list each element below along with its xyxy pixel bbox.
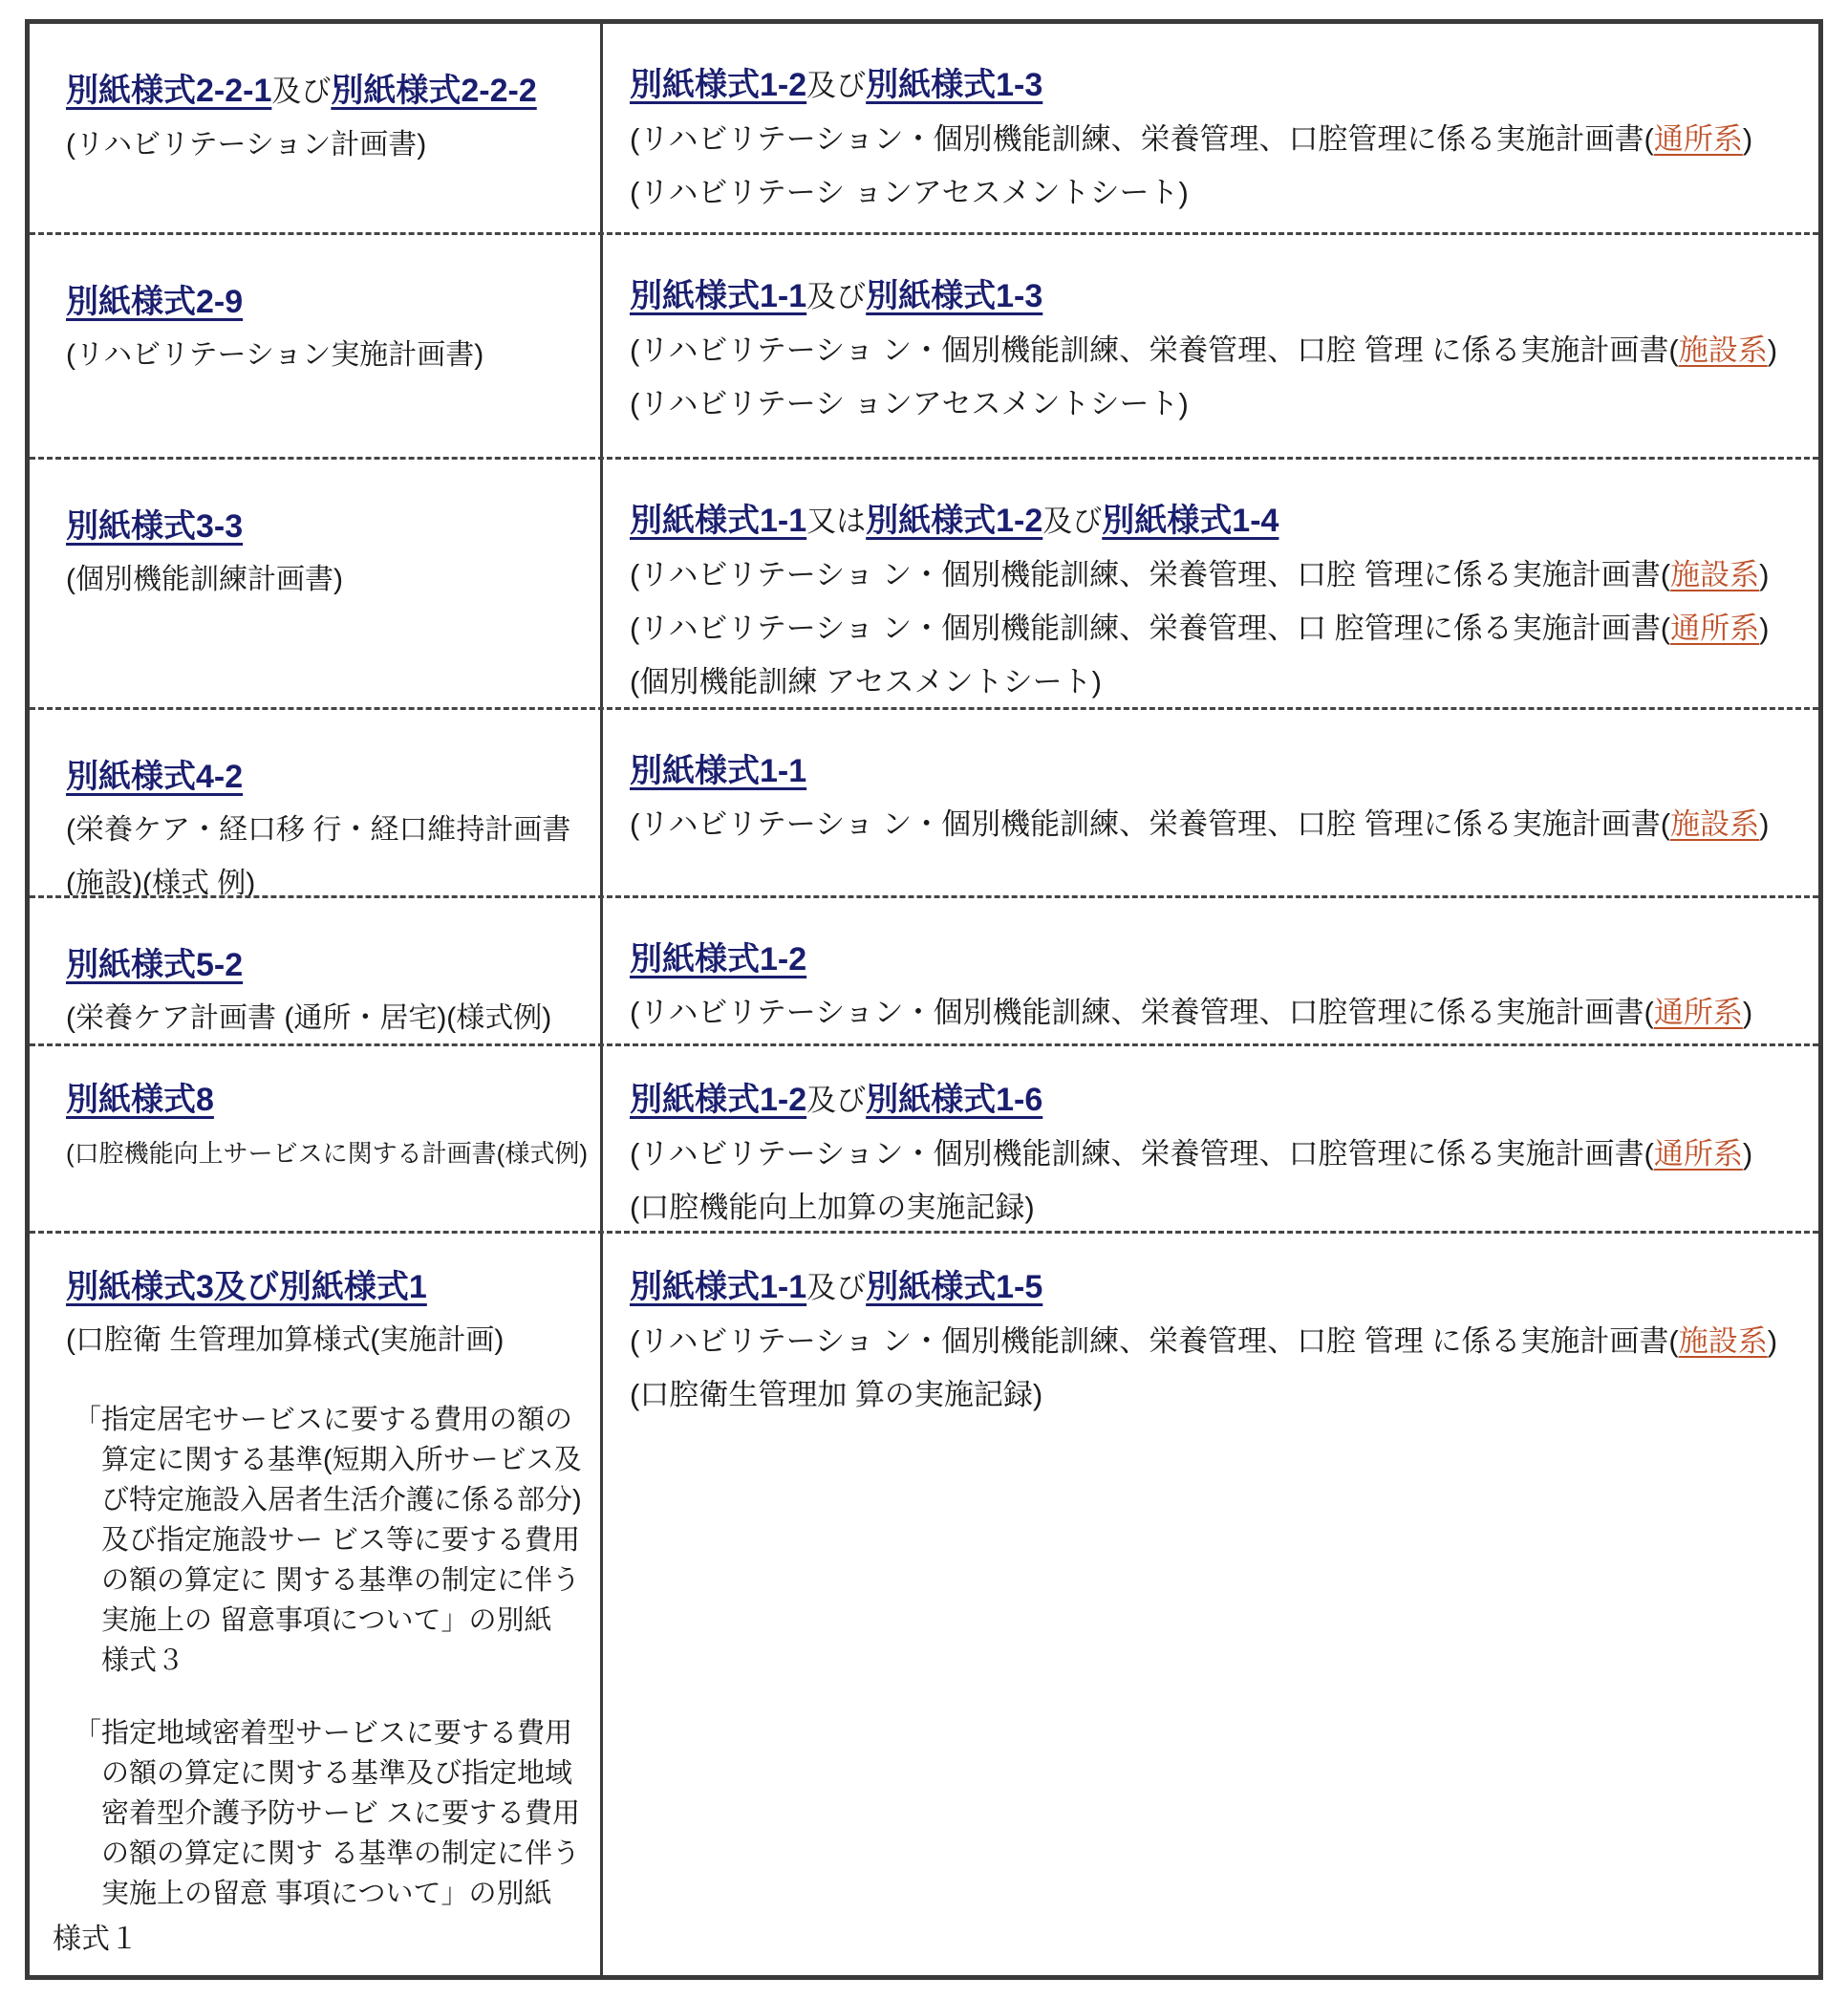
form-link[interactable]: 別紙様式1-2 [866, 503, 1042, 539]
description-line: (口腔衛 生管理加算様式(実施計画) [66, 1314, 583, 1367]
description-text: ) [1743, 1137, 1752, 1171]
form-title-line: 別紙様式1-2及び別紙様式1-3 [630, 58, 1799, 113]
description-line: (口腔機能向上加算の実施記録) [630, 1181, 1799, 1231]
description-line: (リハビリテーショ ン・個別機能訓練、栄養管理、口腔 管理 に係る実施計画書(施… [630, 1315, 1799, 1368]
left-cell-row-7: 別紙様式3及び別紙様式1(口腔衛 生管理加算様式(実施計画)「指定居宅サービスに… [30, 1234, 603, 1975]
description-line: (リハビリテーショ ン・個別機能訓練、栄養管理、口 腔管理に係る実施計画書(通所… [630, 602, 1799, 656]
link-connector-text: 又は [806, 505, 866, 538]
description-text: (口腔機能向上サービスに関する計画書(様式例) [66, 1139, 588, 1168]
form-link[interactable]: 別紙様式8 [66, 1082, 214, 1118]
description-line: (リハビリテーシ ョンアセスメントシート) [630, 166, 1799, 220]
left-cell-row-2: 別紙様式2-9(リハビリテーション実施計画書) [30, 235, 603, 457]
description-text: ) [1768, 1324, 1777, 1358]
description-text: (口腔衛生管理加 算の実施記録) [630, 1378, 1042, 1411]
table-row-3: 別紙様式3-3(個別機能訓練計画書)別紙様式1-1又は別紙様式1-2及び別紙様式… [30, 457, 1818, 707]
form-link[interactable]: 別紙様式1-1 [630, 753, 806, 789]
description-line: (リハビリテーション・個別機能訓練、栄養管理、口腔管理に係る実施計画書(通所系) [630, 986, 1799, 1040]
link-connector-text: 及び [1042, 505, 1102, 538]
description-line: (口腔機能向上サービスに関する計画書(様式例) [66, 1127, 583, 1180]
right-cell-row-6: 別紙様式1-2及び別紙様式1-6(リハビリテーション・個別機能訓練、栄養管理、口… [603, 1046, 1818, 1231]
right-cell-row-5: 別紙様式1-2(リハビリテーション・個別機能訓練、栄養管理、口腔管理に係る実施計… [603, 898, 1818, 1043]
description-text: (リハビリテーショ ン・個別機能訓練、栄養管理、口腔 管理 に係る実施計画書( [630, 1324, 1679, 1358]
form-link[interactable]: 別紙様式1-5 [866, 1269, 1042, 1305]
description-text: (リハビリテーション計画書) [66, 129, 426, 161]
left-cell-row-3: 別紙様式3-3(個別機能訓練計画書) [30, 460, 603, 707]
category-link[interactable]: 施設系 [1670, 807, 1759, 841]
form-link[interactable]: 別紙様式1-2 [630, 941, 806, 978]
forms-reference-table: 別紙様式2-2-1及び別紙様式2-2-2(リハビリテーション計画書)別紙様式1-… [25, 19, 1823, 1980]
description-line: (リハビリテーション実施計画書) [66, 329, 583, 382]
form-title-line: 別紙様式1-1 [630, 744, 1799, 798]
right-cell-row-7: 別紙様式1-1及び別紙様式1-5(リハビリテーショ ン・個別機能訓練、栄養管理、… [603, 1234, 1818, 1975]
form-title-line: 別紙様式1-1又は別紙様式1-2及び別紙様式1-4 [630, 494, 1799, 548]
description-line: (栄養ケア・経口移 行・経口維持計画書 [66, 804, 583, 857]
description-line: (個別機能訓練 アセスメントシート) [630, 656, 1799, 707]
form-title-line: 別紙様式3及び別紙様式1 [66, 1260, 583, 1314]
category-link[interactable]: 通所系 [1654, 122, 1743, 156]
description-text: (栄養ケア・経口移 行・経口維持計画書 [66, 814, 570, 846]
form-title-line: 別紙様式8 [66, 1073, 583, 1127]
description-text: (リハビリテーション実施計画書) [66, 339, 483, 371]
table-row-7: 別紙様式3及び別紙様式1(口腔衛 生管理加算様式(実施計画)「指定居宅サービスに… [30, 1231, 1818, 1975]
description-text: ) [1743, 996, 1752, 1029]
description-line: (リハビリテーショ ン・個別機能訓練、栄養管理、口腔 管理に係る実施計画書(施設… [630, 798, 1799, 851]
description-line: (リハビリテーショ ン・個別機能訓練、栄養管理、口腔 管理に係る実施計画書(施設… [630, 548, 1799, 602]
form-link[interactable]: 別紙様式1-4 [1102, 503, 1279, 539]
description-line: (リハビリテーション・個別機能訓練、栄養管理、口腔管理に係る実施計画書(通所系) [630, 1128, 1799, 1181]
form-title-line: 別紙様式1-2 [630, 933, 1799, 986]
right-cell-row-3: 別紙様式1-1又は別紙様式1-2及び別紙様式1-4(リハビリテーショ ン・個別機… [603, 460, 1818, 707]
form-title-line: 別紙様式1-1及び別紙様式1-5 [630, 1260, 1799, 1315]
form-link[interactable]: 別紙様式1-1 [630, 1269, 806, 1305]
description-text: ) [1768, 333, 1777, 367]
right-cell-row-4: 別紙様式1-1(リハビリテーショ ン・個別機能訓練、栄養管理、口腔 管理に係る実… [603, 710, 1818, 895]
form-link[interactable]: 別紙様式1-6 [866, 1082, 1042, 1118]
form-link[interactable]: 別紙様式4-2 [66, 759, 243, 795]
note-paragraph: 「指定地域密着型サービスに要する費用 の額の算定に関する基準及び指定地域 密着型… [74, 1713, 583, 1914]
form-title-line: 別紙様式1-1及び別紙様式1-3 [630, 269, 1799, 324]
description-text: (口腔機能向上加算の実施記録) [630, 1191, 1035, 1224]
right-cell-row-1: 別紙様式1-2及び別紙様式1-3(リハビリテーション・個別機能訓練、栄養管理、口… [603, 24, 1818, 232]
left-cell-row-1: 別紙様式2-2-1及び別紙様式2-2-2(リハビリテーション計画書) [30, 24, 603, 232]
description-line: (栄養ケア計画書 (通所・居宅)(様式例) [66, 992, 583, 1043]
form-link[interactable]: 別紙様式3-3 [66, 508, 243, 545]
category-link[interactable]: 施設系 [1679, 1324, 1768, 1358]
description-text: (リハビリテーション・個別機能訓練、栄養管理、口腔管理に係る実施計画書( [630, 122, 1654, 156]
description-text: (リハビリテーショ ン・個別機能訓練、栄養管理、口腔 管理 に係る実施計画書( [630, 333, 1679, 367]
description-line: (施設)(様式 例) [66, 857, 583, 895]
form-link[interactable]: 別紙様式2-2-1 [66, 73, 271, 109]
description-text: (リハビリテーション・個別機能訓練、栄養管理、口腔管理に係る実施計画書( [630, 996, 1654, 1029]
left-cell-row-5: 別紙様式5-2(栄養ケア計画書 (通所・居宅)(様式例) [30, 898, 603, 1043]
form-link[interactable]: 別紙様式3及び別紙様式1 [66, 1269, 427, 1305]
category-link[interactable]: 施設系 [1670, 558, 1759, 591]
description-text: (リハビリテーショ ン・個別機能訓練、栄養管理、口腔 管理に係る実施計画書( [630, 558, 1670, 591]
category-link[interactable]: 通所系 [1670, 612, 1759, 645]
form-link[interactable]: 別紙様式1-2 [630, 1082, 806, 1118]
description-line: (リハビリテーション・個別機能訓練、栄養管理、口腔管理に係る実施計画書(通所系) [630, 113, 1799, 166]
description-text: (個別機能訓練 アセスメントシート) [630, 665, 1102, 699]
description-line: (リハビリテーショ ン・個別機能訓練、栄養管理、口腔 管理 に係る実施計画書(施… [630, 324, 1799, 377]
form-title-line: 別紙様式4-2 [66, 750, 583, 804]
table-row-4: 別紙様式4-2(栄養ケア・経口移 行・経口維持計画書(施設)(様式 例)別紙様式… [30, 707, 1818, 895]
form-link[interactable]: 別紙様式2-2-2 [331, 73, 536, 109]
description-text: ) [1743, 122, 1752, 156]
table-row-2: 別紙様式2-9(リハビリテーション実施計画書)別紙様式1-1及び別紙様式1-3(… [30, 232, 1818, 457]
description-text: (個別機能訓練計画書) [66, 564, 343, 595]
description-text: ) [1759, 807, 1769, 841]
description-text: ) [1759, 612, 1769, 645]
form-link[interactable]: 別紙様式1-3 [866, 278, 1042, 314]
link-connector-text: 及び [806, 1271, 866, 1304]
category-link[interactable]: 通所系 [1654, 1137, 1743, 1171]
form-title-line: 別紙様式5-2 [66, 938, 583, 992]
description-line: (リハビリテーシ ョンアセスメントシート) [630, 377, 1799, 431]
form-title-line: 別紙様式1-2及び別紙様式1-6 [630, 1073, 1799, 1128]
description-text: (栄養ケア計画書 (通所・居宅)(様式例) [66, 1002, 551, 1034]
form-link[interactable]: 別紙様式1-2 [630, 67, 806, 103]
category-link[interactable]: 施設系 [1679, 333, 1768, 367]
description-text: ) [1759, 558, 1769, 591]
note-footer-label: 様式１ [53, 1920, 583, 1960]
right-cell-row-2: 別紙様式1-1及び別紙様式1-3(リハビリテーショ ン・個別機能訓練、栄養管理、… [603, 235, 1818, 457]
form-link[interactable]: 別紙様式1-1 [630, 278, 806, 314]
description-text: (口腔衛 生管理加算様式(実施計画) [66, 1324, 504, 1356]
form-title-line: 別紙様式2-2-1及び別紙様式2-2-2 [66, 64, 583, 118]
table-row-6: 別紙様式8(口腔機能向上サービスに関する計画書(様式例)別紙様式1-2及び別紙様… [30, 1043, 1818, 1231]
description-text: (リハビリテーショ ン・個別機能訓練、栄養管理、口 腔管理に係る実施計画書( [630, 612, 1670, 645]
link-connector-text: 及び [806, 280, 866, 313]
link-connector-text: 及び [806, 1084, 866, 1117]
description-text: (施設)(様式 例) [66, 868, 255, 895]
form-link[interactable]: 別紙様式2-9 [66, 284, 243, 320]
description-text: (リハビリテーション・個別機能訓練、栄養管理、口腔管理に係る実施計画書( [630, 1137, 1654, 1171]
table-row-5: 別紙様式5-2(栄養ケア計画書 (通所・居宅)(様式例)別紙様式1-2(リハビリ… [30, 895, 1818, 1043]
description-line: (リハビリテーション計画書) [66, 118, 583, 172]
link-connector-text: 及び [806, 69, 866, 102]
link-connector-text: 及び [271, 75, 331, 108]
description-line: (口腔衛生管理加 算の実施記録) [630, 1368, 1799, 1422]
form-link[interactable]: 別紙様式1-1 [630, 503, 806, 539]
form-link[interactable]: 別紙様式5-2 [66, 947, 243, 983]
left-cell-row-4: 別紙様式4-2(栄養ケア・経口移 行・経口維持計画書(施設)(様式 例) [30, 710, 603, 895]
left-cell-row-6: 別紙様式8(口腔機能向上サービスに関する計画書(様式例) [30, 1046, 603, 1231]
table-row-1: 別紙様式2-2-1及び別紙様式2-2-2(リハビリテーション計画書)別紙様式1-… [30, 24, 1818, 232]
description-text: (リハビリテーシ ョンアセスメントシート) [630, 387, 1189, 420]
description-text: (リハビリテーショ ン・個別機能訓練、栄養管理、口腔 管理に係る実施計画書( [630, 807, 1670, 841]
form-link[interactable]: 別紙様式1-3 [866, 67, 1042, 103]
form-title-line: 別紙様式2-9 [66, 275, 583, 329]
category-link[interactable]: 通所系 [1654, 996, 1743, 1029]
note-paragraph: 「指定居宅サービスに要する費用の額の 算定に関する基準(短期入所サービス及 び特… [74, 1400, 583, 1681]
form-title-line: 別紙様式3-3 [66, 500, 583, 553]
description-line: (個別機能訓練計画書) [66, 553, 583, 607]
description-text: (リハビリテーシ ョンアセスメントシート) [630, 176, 1189, 209]
